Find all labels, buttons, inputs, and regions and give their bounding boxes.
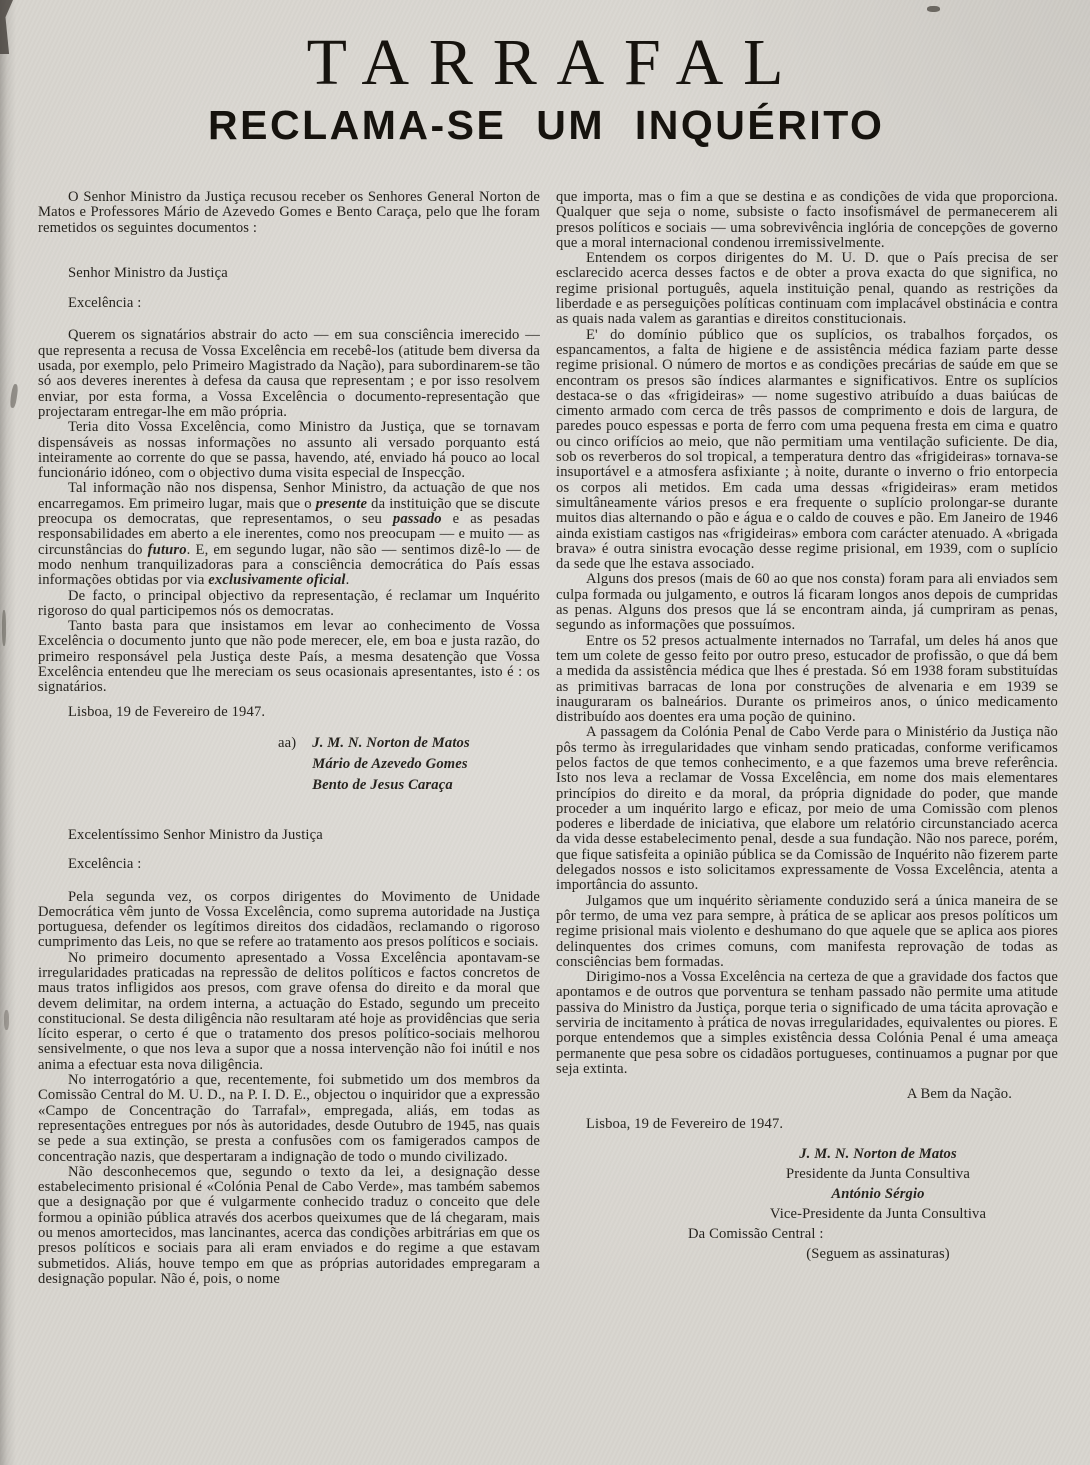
letter1-body: Querem os signatários abstrair do acto —… bbox=[38, 328, 540, 695]
signatory-name: António Sérgio bbox=[698, 1184, 1058, 1204]
date-line: Lisboa, 19 de Fevereiro de 1947. bbox=[68, 705, 540, 720]
paragraph: Tanto basta para que insistamos em levar… bbox=[38, 619, 540, 695]
paragraph: Querem os signatários abstrair do acto —… bbox=[38, 328, 540, 420]
paragraph: Não desconhecemos que, segundo o texto d… bbox=[38, 1165, 540, 1287]
salutation-line: Excelência : bbox=[68, 857, 540, 872]
signatory-name: Mário de Azevedo Gomes bbox=[312, 754, 470, 775]
text-segment: A passagem da Colónia Penal de Cabo Verd… bbox=[556, 724, 1058, 893]
closing-line: A Bem da Nação. bbox=[556, 1087, 1012, 1102]
text-segment: Entre os 52 presos actualmente internado… bbox=[556, 633, 1058, 725]
text-segment: . bbox=[346, 572, 350, 588]
text-segment: Dirigimo-nos a Vossa Excelência na certe… bbox=[556, 969, 1058, 1077]
signatory-role: Vice-Presidente da Junta Consultiva bbox=[698, 1204, 1058, 1224]
date-line: Lisboa, 19 de Fevereiro de 1947. bbox=[586, 1117, 1058, 1132]
paragraph: No primeiro documento apresentado a Voss… bbox=[38, 951, 540, 1073]
text-segment: Tanto basta para que insistamos em levar… bbox=[38, 618, 540, 695]
text-segment: De facto, o principal objectivo da repre… bbox=[38, 588, 540, 619]
salutation-line: Senhor Ministro da Justiça bbox=[68, 266, 540, 281]
page-title: TARRAFAL bbox=[0, 0, 1090, 97]
signatory-role: Presidente da Junta Consultiva bbox=[698, 1164, 1058, 1184]
committee-line: Da Comissão Central : bbox=[688, 1224, 1058, 1244]
paper-speck bbox=[2, 610, 6, 646]
text-segment: que importa, mas o fim a que se destina … bbox=[556, 189, 1058, 251]
text-segment: O Senhor Ministro da Justiça recusou rec… bbox=[38, 189, 540, 236]
paragraph: Pela segunda vez, os corpos dirigentes d… bbox=[38, 890, 540, 951]
paper-speck bbox=[4, 1010, 9, 1030]
paragraph: A passagem da Colónia Penal de Cabo Verd… bbox=[556, 725, 1058, 893]
text-segment: Alguns dos presos (mais de 60 ao que nos… bbox=[556, 571, 1058, 633]
paragraph: Entre os 52 presos actualmente internado… bbox=[556, 634, 1058, 726]
masthead: TARRAFAL RECLAMA-SE UM INQUÉRITO bbox=[0, 0, 1090, 146]
emphasized-text: futuro bbox=[148, 542, 187, 558]
salutation-line: Excelentíssimo Senhor Ministro da Justiç… bbox=[68, 828, 540, 843]
document-page: TARRAFAL RECLAMA-SE UM INQUÉRITO O Senho… bbox=[0, 0, 1090, 1465]
emphasized-text: exclusivamente oficial bbox=[208, 572, 345, 588]
paragraph: De facto, o principal objectivo da repre… bbox=[38, 589, 540, 620]
salutation-line: Excelência : bbox=[68, 296, 540, 311]
text-segment: No primeiro documento apresentado a Voss… bbox=[38, 950, 540, 1073]
text-segment: Teria dito Vossa Excelência, como Minist… bbox=[38, 419, 540, 481]
paragraph: Teria dito Vossa Excelência, como Minist… bbox=[38, 420, 540, 481]
signatory-name: J. M. N. Norton de Matos bbox=[312, 733, 470, 754]
scan-edge-shadow bbox=[0, 0, 16, 1465]
right-column: que importa, mas o fim a que se destina … bbox=[556, 190, 1058, 1264]
page-subtitle: RECLAMA-SE UM INQUÉRITO bbox=[0, 105, 1090, 146]
signature-block-2: J. M. N. Norton de Matos Presidente da J… bbox=[556, 1144, 1058, 1264]
paragraph: Tal informação não nos dispensa, Senhor … bbox=[38, 481, 540, 588]
text-segment: Entendem os corpos dirigentes do M. U. D… bbox=[556, 250, 1058, 327]
letter2-body-left: Pela segunda vez, os corpos dirigentes d… bbox=[38, 890, 540, 1288]
signatories: J. M. N. Norton de MatosMário de Azevedo… bbox=[312, 733, 470, 796]
paragraph: E' do domínio público que os suplícios, … bbox=[556, 328, 1058, 573]
paragraph: Dirigimo-nos a Vossa Excelência na certe… bbox=[556, 970, 1058, 1077]
text-segment: Julgamos que um inquérito sèriamente con… bbox=[556, 893, 1058, 970]
text-segment: Não desconhecemos que, segundo o texto d… bbox=[38, 1164, 540, 1287]
text-segment: E' do domínio público que os suplícios, … bbox=[556, 327, 1058, 572]
signature-block-1: aa) J. M. N. Norton de MatosMário de Aze… bbox=[278, 733, 540, 796]
signatory-name: J. M. N. Norton de Matos bbox=[698, 1144, 1058, 1164]
signatory-name: Bento de Jesus Caraça bbox=[312, 775, 470, 796]
intro-paragraph: O Senhor Ministro da Justiça recusou rec… bbox=[38, 190, 540, 236]
paragraph: No interrogatório a que, recentemente, f… bbox=[38, 1073, 540, 1165]
paragraph: que importa, mas o fim a que se destina … bbox=[556, 190, 1058, 251]
signature-label: aa) bbox=[278, 733, 296, 796]
paragraph: Julgamos que um inquérito sèriamente con… bbox=[556, 894, 1058, 970]
emphasized-text: passado bbox=[393, 511, 442, 527]
text-segment: Pela segunda vez, os corpos dirigentes d… bbox=[38, 889, 540, 951]
emphasized-text: presente bbox=[316, 496, 367, 512]
text-segment: No interrogatório a que, recentemente, f… bbox=[38, 1072, 540, 1164]
text-segment: Querem os signatários abstrair do acto —… bbox=[38, 327, 540, 419]
signatures-note: (Seguem as assinaturas) bbox=[698, 1244, 1058, 1264]
paragraph: Alguns dos presos (mais de 60 ao que nos… bbox=[556, 572, 1058, 633]
signature-main: J. M. N. Norton de Matos Presidente da J… bbox=[698, 1144, 1058, 1224]
letter2-body-right: que importa, mas o fim a que se destina … bbox=[556, 190, 1058, 1077]
left-column: O Senhor Ministro da Justiça recusou rec… bbox=[38, 190, 540, 1287]
paragraph: Entendem os corpos dirigentes do M. U. D… bbox=[556, 251, 1058, 327]
